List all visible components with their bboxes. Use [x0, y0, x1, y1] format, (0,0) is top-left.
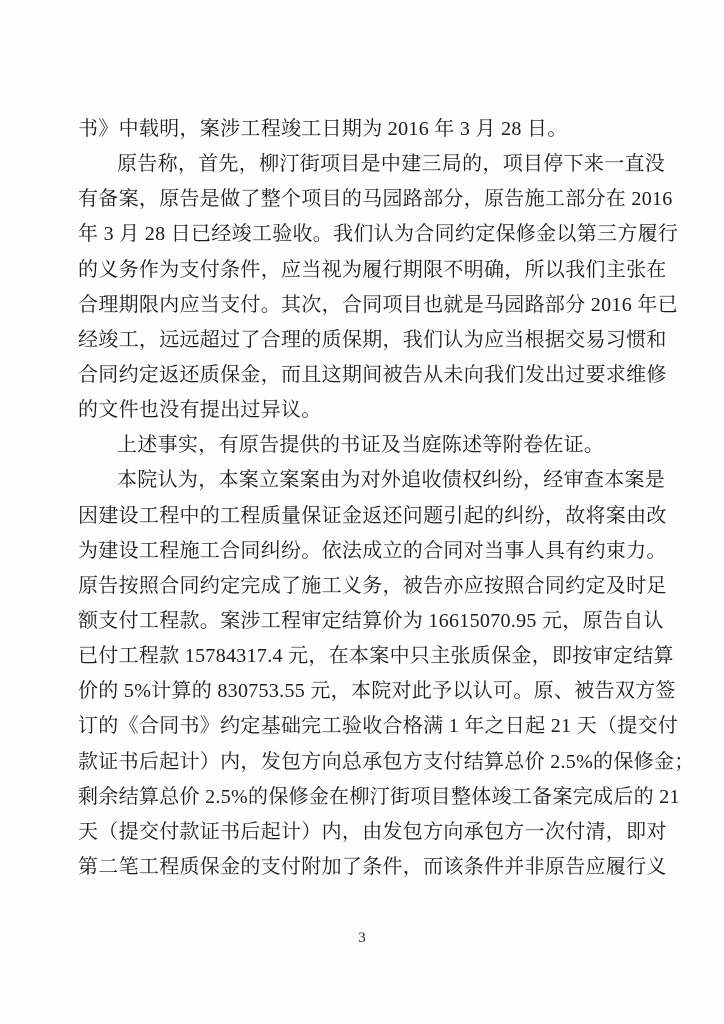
text-line: 已付工程款 15784317.4 元，在本案中只主张质保金，即按审定结算: [78, 639, 650, 674]
text-line: 的文件也没有提出过异议。: [78, 393, 650, 428]
text-line: 合同约定返还质保金，而且这期间被告从未向我们发出过要求维修: [78, 358, 650, 393]
text-line: 款证书后起计）内，发包方向总承包方支付结算总价 2.5%的保修金；: [78, 745, 650, 780]
text-line: 因建设工程中的工程质量保证金返还问题引起的纠纷，故将案由改: [78, 499, 650, 534]
text-line: 合理期限内应当支付。其次，合同项目也就是马园路部分 2016 年已: [78, 288, 650, 323]
text-line: 有备案，原告是做了整个项目的马园路部分，原告施工部分在 2016: [78, 182, 650, 217]
text-line: 剩余结算总价 2.5%的保修金在柳汀街项目整体竣工备案完成后的 21: [78, 780, 650, 815]
text-line: 的义务作为支付条件，应当视为履行期限不明确，所以我们主张在: [78, 253, 650, 288]
text-line: 天（提交付款证书后起计）内，由发包方向承包方一次付清，即对: [78, 815, 650, 850]
document-page: 书》中载明，案涉工程竣工日期为 2016 年 3 月 28 日。原告称，首先，柳…: [0, 0, 724, 1024]
text-line: 第二笔工程质保金的支付附加了条件，而该条件并非原告应履行义: [78, 850, 650, 885]
text-line: 为建设工程施工合同纠纷。依法成立的合同对当事人具有约束力。: [78, 534, 650, 569]
text-line: 原告称，首先，柳汀街项目是中建三局的，项目停下来一直没: [78, 147, 650, 182]
text-line: 价的 5%计算的 830753.55 元，本院对此予以认可。原、被告双方签: [78, 674, 650, 709]
text-line: 书》中载明，案涉工程竣工日期为 2016 年 3 月 28 日。: [78, 112, 650, 147]
text-line: 原告按照合同约定完成了施工义务，被告亦应按照合同约定及时足: [78, 569, 650, 604]
page-number: 3: [0, 929, 724, 947]
text-line: 上述事实，有原告提供的书证及当庭陈述等附卷佐证。: [78, 428, 650, 463]
text-line: 经竣工，远远超过了合理的质保期，我们认为应当根据交易习惯和: [78, 323, 650, 358]
document-body: 书》中载明，案涉工程竣工日期为 2016 年 3 月 28 日。原告称，首先，柳…: [78, 112, 650, 885]
text-line: 年 3 月 28 日已经竣工验收。我们认为合同约定保修金以第三方履行: [78, 217, 650, 252]
text-line: 额支付工程款。案涉工程审定结算价为 16615070.95 元，原告自认: [78, 604, 650, 639]
text-line: 本院认为，本案立案案由为对外追收债权纠纷，经审查本案是: [78, 463, 650, 498]
text-line: 订的《合同书》约定基础完工验收合格满 1 年之日起 21 天（提交付: [78, 709, 650, 744]
